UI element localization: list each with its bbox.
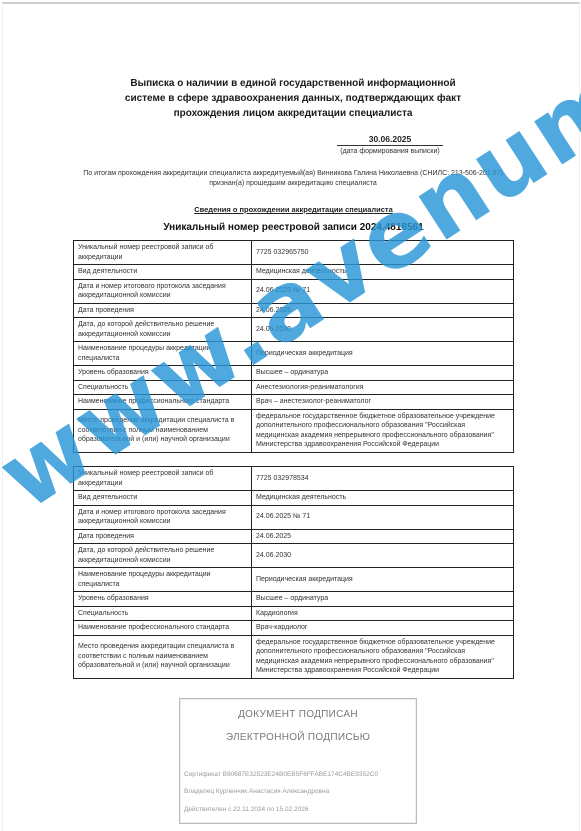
extract-date: 30.06.2025 [337,134,443,146]
field-label: Дата и номер итогового протокола заседан… [74,505,252,529]
field-label: Вид деятельности [74,491,252,506]
accreditation-record-table: Уникальный номер реестровой записи об ак… [73,240,514,453]
table-row: Уровень образованияВысшее – ординатура [74,592,514,607]
field-value: 24.06.2025 № 71 [252,505,514,529]
signature-owner: Владелец Курленчик Анастасия Александров… [184,788,416,795]
table-row: Наименование процедуры аккредитации спец… [74,568,514,592]
table-row: Дата, до которой действительно решение а… [74,544,514,568]
signature-certificate: Сертификат B90687E32523E24B0EB5F6FFABE17… [184,771,416,778]
field-label: Наименование профессионального стандарта [74,395,252,410]
document-page: Выписка о наличии в единой государственн… [2,2,580,831]
field-label: Дата и номер итогового протокола заседан… [74,279,252,303]
field-value: Врач – анестезиолог-реаниматолог [252,395,514,410]
field-value: 24.06.2025 [252,529,514,544]
table-row: Уникальный номер реестровой записи об ак… [74,241,514,265]
registry-heading: Уникальный номер реестровой записи 2024.… [3,222,581,233]
field-label: Место проведения аккредитации специалист… [74,635,252,678]
field-value: Кардиология [252,606,514,621]
field-label: Наименование процедуры аккредитации спец… [74,568,252,592]
field-label: Специальность [74,380,252,395]
field-label: Уникальный номер реестровой записи об ак… [74,241,252,265]
document-title: Выписка о наличии в единой государственн… [123,76,463,121]
field-label: Дата проведения [74,529,252,544]
field-label: Наименование профессионального стандарта [74,621,252,636]
field-value: 7725 032965750 [252,241,514,265]
field-value: Медицинская деятельность [252,491,514,506]
field-value: Высшее – ординатура [252,366,514,381]
field-label: Дата проведения [74,303,252,318]
table-row: Место проведения аккредитации специалист… [74,635,514,678]
field-value: 24.06.2025 [252,303,514,318]
field-label: Уникальный номер реестровой записи об ак… [74,467,252,491]
table-row: Уровень образованияВысшее – ординатура [74,366,514,381]
field-value: федеральное государственное бюджетное об… [252,635,514,678]
field-label: Уровень образования [74,366,252,381]
table-row: Дата проведения24.06.2025 [74,529,514,544]
table-row: Уникальный номер реестровой записи об ак… [74,467,514,491]
table-row: СпециальностьАнестезиология-реаниматолог… [74,380,514,395]
field-value: Периодическая аккредитация [252,568,514,592]
table-row: Вид деятельностиМедицинская деятельность [74,265,514,280]
field-value: федеральное государственное бюджетное об… [252,409,514,452]
signature-title-line1: ДОКУМЕНТ ПОДПИСАН [180,709,416,720]
field-label: Место проведения аккредитации специалист… [74,409,252,452]
field-value: 24.06.2030 [252,318,514,342]
accreditation-record-table: Уникальный номер реестровой записи об ак… [73,466,514,679]
section-heading: Сведения о прохождении аккредитации спец… [3,205,581,214]
table-row: СпециальностьКардиология [74,606,514,621]
field-value: Медицинская деятельность [252,265,514,280]
table-row: Наименование профессионального стандарта… [74,621,514,636]
field-value: 7725 032978534 [252,467,514,491]
field-value: Периодическая аккредитация [252,342,514,366]
table-row: Дата и номер итогового протокола заседан… [74,279,514,303]
table-row: Наименование профессионального стандарта… [74,395,514,410]
table-row: Место проведения аккредитации специалист… [74,409,514,452]
table-row: Дата, до которой действительно решение а… [74,318,514,342]
intro-paragraph: По итогам прохождения аккредитации специ… [75,169,511,189]
table-row: Наименование процедуры аккредитации спец… [74,342,514,366]
field-value: Анестезиология-реаниматология [252,380,514,395]
date-block: 30.06.2025 (дата формирования выписки) [337,134,443,155]
field-value: Высшее – ординатура [252,592,514,607]
field-label: Уровень образования [74,592,252,607]
signature-title-line2: ЭЛЕКТРОННОЙ ПОДПИСЬЮ [180,732,416,743]
field-value: 24.06.2025 № 71 [252,279,514,303]
signature-validity: Действителен с 22.11.2024 по 15.02.2026 [184,806,416,813]
field-label: Дата, до которой действительно решение а… [74,318,252,342]
field-label: Наименование процедуры аккредитации спец… [74,342,252,366]
table-row: Дата и номер итогового протокола заседан… [74,505,514,529]
table-row: Вид деятельностиМедицинская деятельность [74,491,514,506]
e-signature-stamp: ДОКУМЕНТ ПОДПИСАН ЭЛЕКТРОННОЙ ПОДПИСЬЮ С… [179,698,417,824]
field-label: Вид деятельности [74,265,252,280]
field-label: Дата, до которой действительно решение а… [74,544,252,568]
field-value: Врач-кардиолог [252,621,514,636]
extract-date-caption: (дата формирования выписки) [337,148,443,155]
field-label: Специальность [74,606,252,621]
field-value: 24.06.2030 [252,544,514,568]
table-row: Дата проведения24.06.2025 [74,303,514,318]
